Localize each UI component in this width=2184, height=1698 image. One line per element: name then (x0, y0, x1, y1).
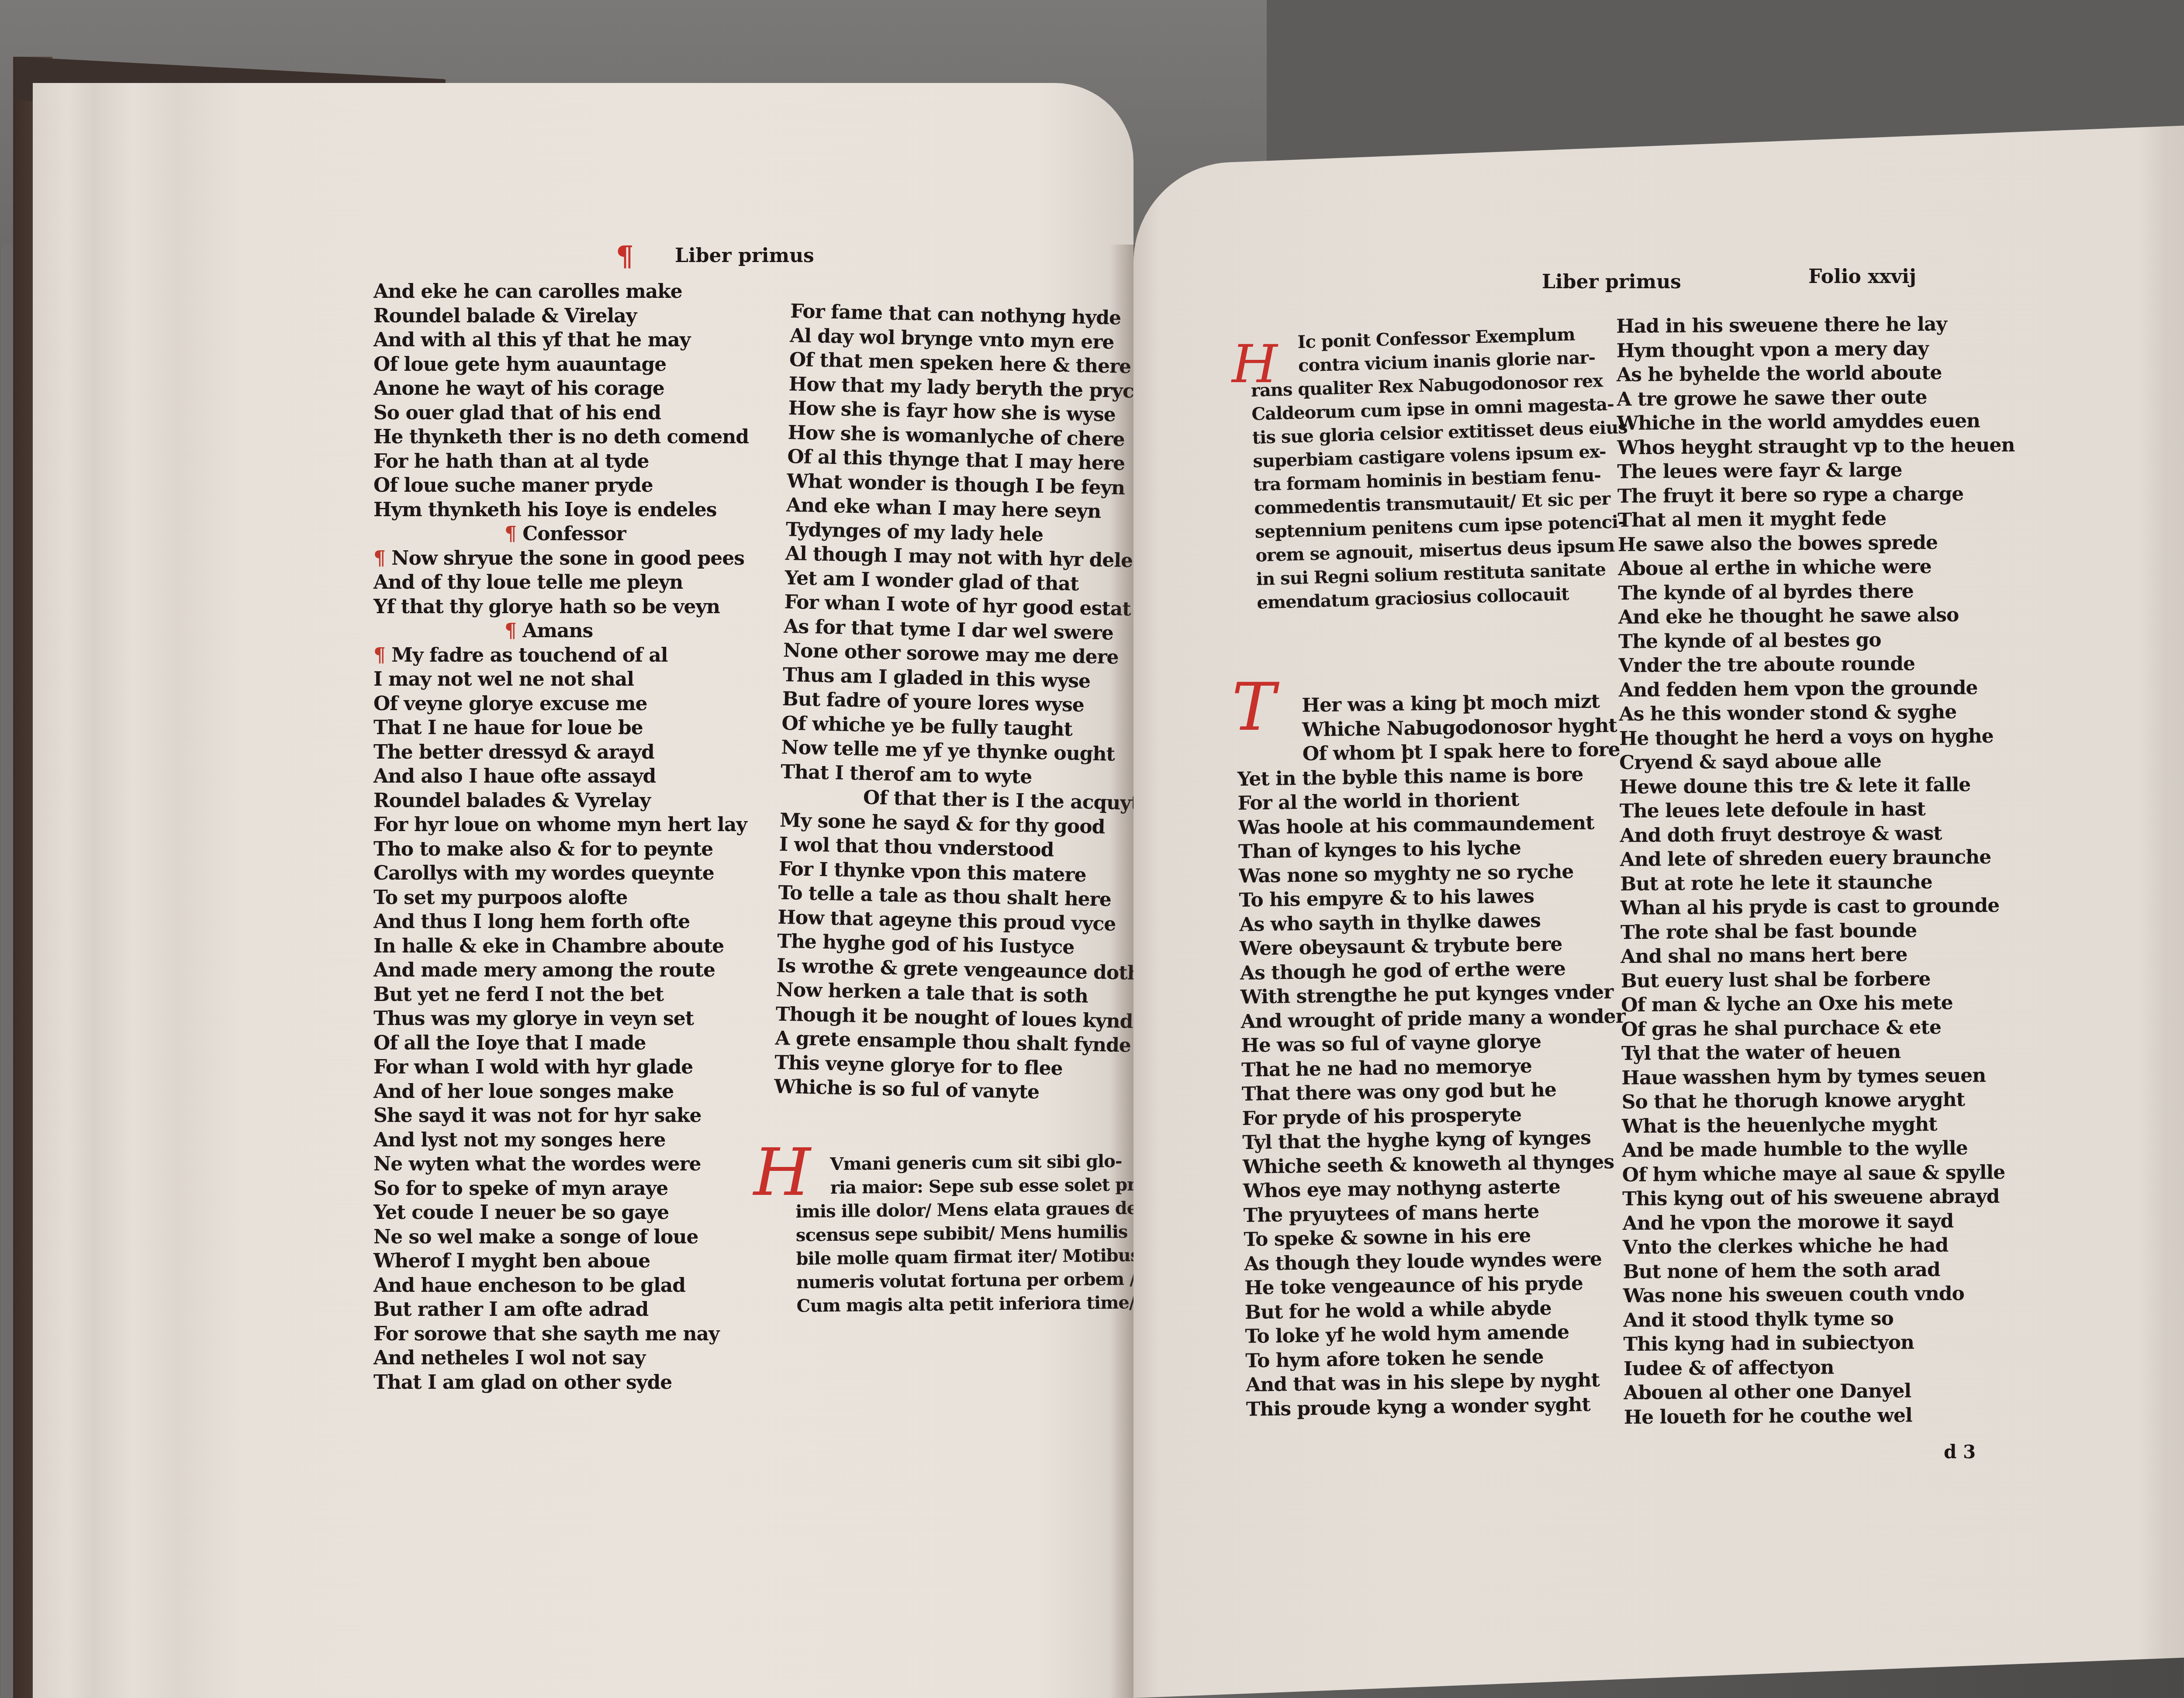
text-line: What is the heuenlyche myght (1622, 1111, 2020, 1139)
text-line: And netheles I wol not say (373, 1346, 749, 1370)
text-line: Of hym whiche maye al saue & spylle (1622, 1160, 2020, 1187)
text-line: For whan I wold with hyr glade (373, 1055, 749, 1080)
text-line: The better dressyd & arayd (373, 740, 749, 765)
paragraph-mark-icon: ¶ (505, 523, 522, 545)
text-line: Of man & lyche an Oxe his mete (1621, 990, 2019, 1018)
paragraph-mark-icon: ¶ (373, 547, 391, 569)
text-line: ¶ Confessor (373, 522, 749, 546)
text-line: And be made humble to the wylle (1622, 1136, 2020, 1163)
text-line: Tho to make also & for to peynte (373, 837, 749, 862)
text-line: Roundel balades & Vyrelay (373, 789, 749, 813)
text-line: So for to speke of myn araye (373, 1177, 749, 1201)
text-line: Of loue suche maner pryde (373, 473, 749, 498)
text-line: And also I haue ofte assayd (373, 764, 749, 789)
text-line: He loueth for he couthe wel (1624, 1402, 2022, 1429)
text-line: Carollys with my wordes queynte (373, 861, 749, 886)
text-line: She sayd it was not for hyr sake (373, 1104, 749, 1128)
text-line: Yet coude I neuer be so gaye (373, 1201, 749, 1225)
text-line: But euery lust shal be forbere (1621, 966, 2018, 993)
text-line: Thus was my glorye in veyn set (373, 1007, 749, 1031)
text-line: That I am glad on other syde (373, 1370, 749, 1395)
text-line: And lete of shreden euery braunche (1620, 845, 2018, 872)
text-line: The leues lete defoule in hast (1620, 797, 2018, 824)
text-line: He thought he herd a voys on hyghe (1619, 724, 2017, 751)
text-line: ¶ Now shryue the sone in good pees (373, 546, 749, 571)
text-line: Cryend & sayd aboue alle (1619, 748, 2017, 775)
signature-mark: d 3 (1944, 1441, 1976, 1463)
text-line: Of loue gete hym auauntage (373, 352, 749, 377)
text-line: Roundel balade & Virelay (373, 304, 749, 328)
text-line: I may not wel ne not shal (373, 667, 749, 692)
text-line: Hewe doune this tre & lete it falle (1619, 772, 2017, 799)
text-line: And eke he thought he sawe also (1618, 603, 2016, 630)
text-line: Hym thought vpon a mery day (1616, 336, 2014, 363)
text-line: Abouen al other one Danyel (1624, 1378, 2022, 1405)
text-line: And doth fruyt destroye & wast (1620, 821, 2018, 848)
text-line: And with al this yf that he may (373, 328, 749, 352)
paragraph-mark-icon: ¶ (373, 644, 391, 666)
text-line: Whan al his pryde is cast to grounde (1620, 894, 2018, 921)
text-line: Aboue al erthe in whiche were (1618, 554, 2016, 581)
paragraph-mark-icon: ¶ (505, 620, 522, 642)
text-line: In halle & eke in Chambre aboute (373, 934, 749, 959)
text-line: Wherof I myght ben aboue (373, 1249, 749, 1273)
text-line: But yet ne ferd I not the bet (373, 983, 749, 1007)
text-line: For sorowe that she sayth me nay (373, 1322, 749, 1346)
text-line: The leues were fayr & large (1617, 457, 2015, 484)
text-line: But at rote he lete it staunche (1620, 869, 2018, 896)
left-column-2: For fame that can nothyng hydeAl day wol… (774, 299, 1161, 1107)
text-line: And he vpon the morowe it sayd (1622, 1208, 2020, 1236)
text-line: Of veyne glorye excuse me (373, 692, 749, 716)
right-running-head-title: Liber primus (1542, 271, 1681, 293)
text-line: And of thy loue telle me pleyn (373, 570, 749, 595)
text-line: To set my purpoos alofte (373, 886, 749, 910)
text-line: Ne wyten what the wordes were (373, 1152, 749, 1177)
text-line: Tyl that the water of heuen (1621, 1039, 2019, 1066)
text-line: And eke he can carolles make (373, 280, 749, 304)
text-line: As he this wonder stond & syghe (1619, 700, 2017, 727)
text-line: This kyng had in subiectyon (1623, 1330, 2021, 1357)
text-line: And shal no mans hert bere (1621, 942, 2018, 969)
text-line: Vnder the tre aboute rounde (1618, 651, 2016, 678)
text-line: The fruyt it bere so rype a charge (1617, 481, 2015, 508)
left-column-1: And eke he can carolles makeRoundel bala… (373, 280, 749, 1394)
text-line: But none of hem the soth arad (1623, 1257, 2021, 1284)
text-line: A tre growe he sawe ther oute (1617, 384, 2015, 411)
text-line: That al men it myght fede (1617, 506, 2015, 533)
text-line: The kynde of al byrdes there (1618, 578, 2016, 605)
text-line: Of gras he shal purchace & ete (1621, 1015, 2019, 1042)
folio-number: Folio xxvij (1808, 266, 1916, 288)
line-text: Now shryue the sone in good pees (391, 547, 744, 569)
text-line: The kynde of al bestes go (1618, 627, 2016, 654)
text-line: Of all the Ioye that I made (373, 1031, 749, 1056)
right-column-2: Had in his sweuene there he layHym thoug… (1616, 312, 2022, 1429)
text-line: But rather I am ofte adrad (373, 1298, 749, 1322)
text-line: The rote shal be fast bounde (1621, 918, 2018, 945)
text-line: For hyr loue on whome myn hert lay (373, 813, 749, 837)
text-line: ¶ My fadre as touchend of al (373, 643, 749, 668)
line-text: Confessor (522, 523, 625, 545)
left-page: ¶ Liber primus And eke he can carolles m… (33, 83, 1133, 1698)
text-line: And of her loue songes make (373, 1080, 749, 1104)
text-line: That I ne haue for loue be (373, 716, 749, 740)
latin-summary-text: Ic ponit Confessor Exemplumcontra vicium… (1249, 321, 1632, 615)
text-line: And fedden hem vpon the grounde (1619, 675, 2017, 702)
text-line: ¶ Amans (373, 619, 749, 643)
text-line: Whiche in the world amyddes euen (1617, 409, 2015, 436)
text-line: And made mery among the route (373, 958, 749, 983)
text-line: Ne so wel make a songe of loue (373, 1225, 749, 1249)
text-line: He sawe also the bowes sprede (1617, 530, 2015, 557)
text-line: And thus I long hem forth ofte (373, 910, 749, 934)
text-line: So that he thorugh knowe aryght (1621, 1087, 2019, 1115)
text-line: Was none his sweuen couth vndo (1623, 1281, 2021, 1308)
text-line: This kyng out of his sweuene abrayd (1622, 1184, 2020, 1211)
text-line: Vnto the clerkes whiche he had (1623, 1233, 2021, 1260)
line-text: My fadre as touchend of al (391, 644, 667, 666)
text-line: So ouer glad that of his end (373, 401, 749, 425)
running-head-title: Liber primus (675, 245, 814, 267)
text-line: And lyst not my songes here (373, 1128, 749, 1153)
text-line: He thynketh ther is no deth comend (373, 425, 749, 449)
text-line: Whos heyght straught vp to the heuen (1617, 433, 2015, 460)
right-column-1: Her was a king þt moch miztWhiche Nabugo… (1236, 689, 1631, 1422)
text-line: And haue encheson to be glad (373, 1273, 749, 1298)
running-head-pilcrow: ¶ (616, 240, 634, 273)
text-line: And it stood thylk tyme so (1623, 1305, 2021, 1332)
text-line: Yf that thy glorye hath so be veyn (373, 595, 749, 619)
text-line: Hym thynketh his Ioye is endeles (373, 498, 749, 522)
text-line: Had in his sweuene there he lay (1616, 312, 2014, 339)
text-line: Iudee & of affectyon (1624, 1354, 2022, 1381)
text-line: Anone he wayt of his corage (373, 376, 749, 401)
text-line: As he byhelde the world aboute (1617, 360, 2015, 387)
text-line: For he hath than at al tyde (373, 449, 749, 474)
line-text: Amans (522, 620, 593, 642)
text-line: Haue wasshen hym by tymes seuen (1621, 1063, 2019, 1090)
